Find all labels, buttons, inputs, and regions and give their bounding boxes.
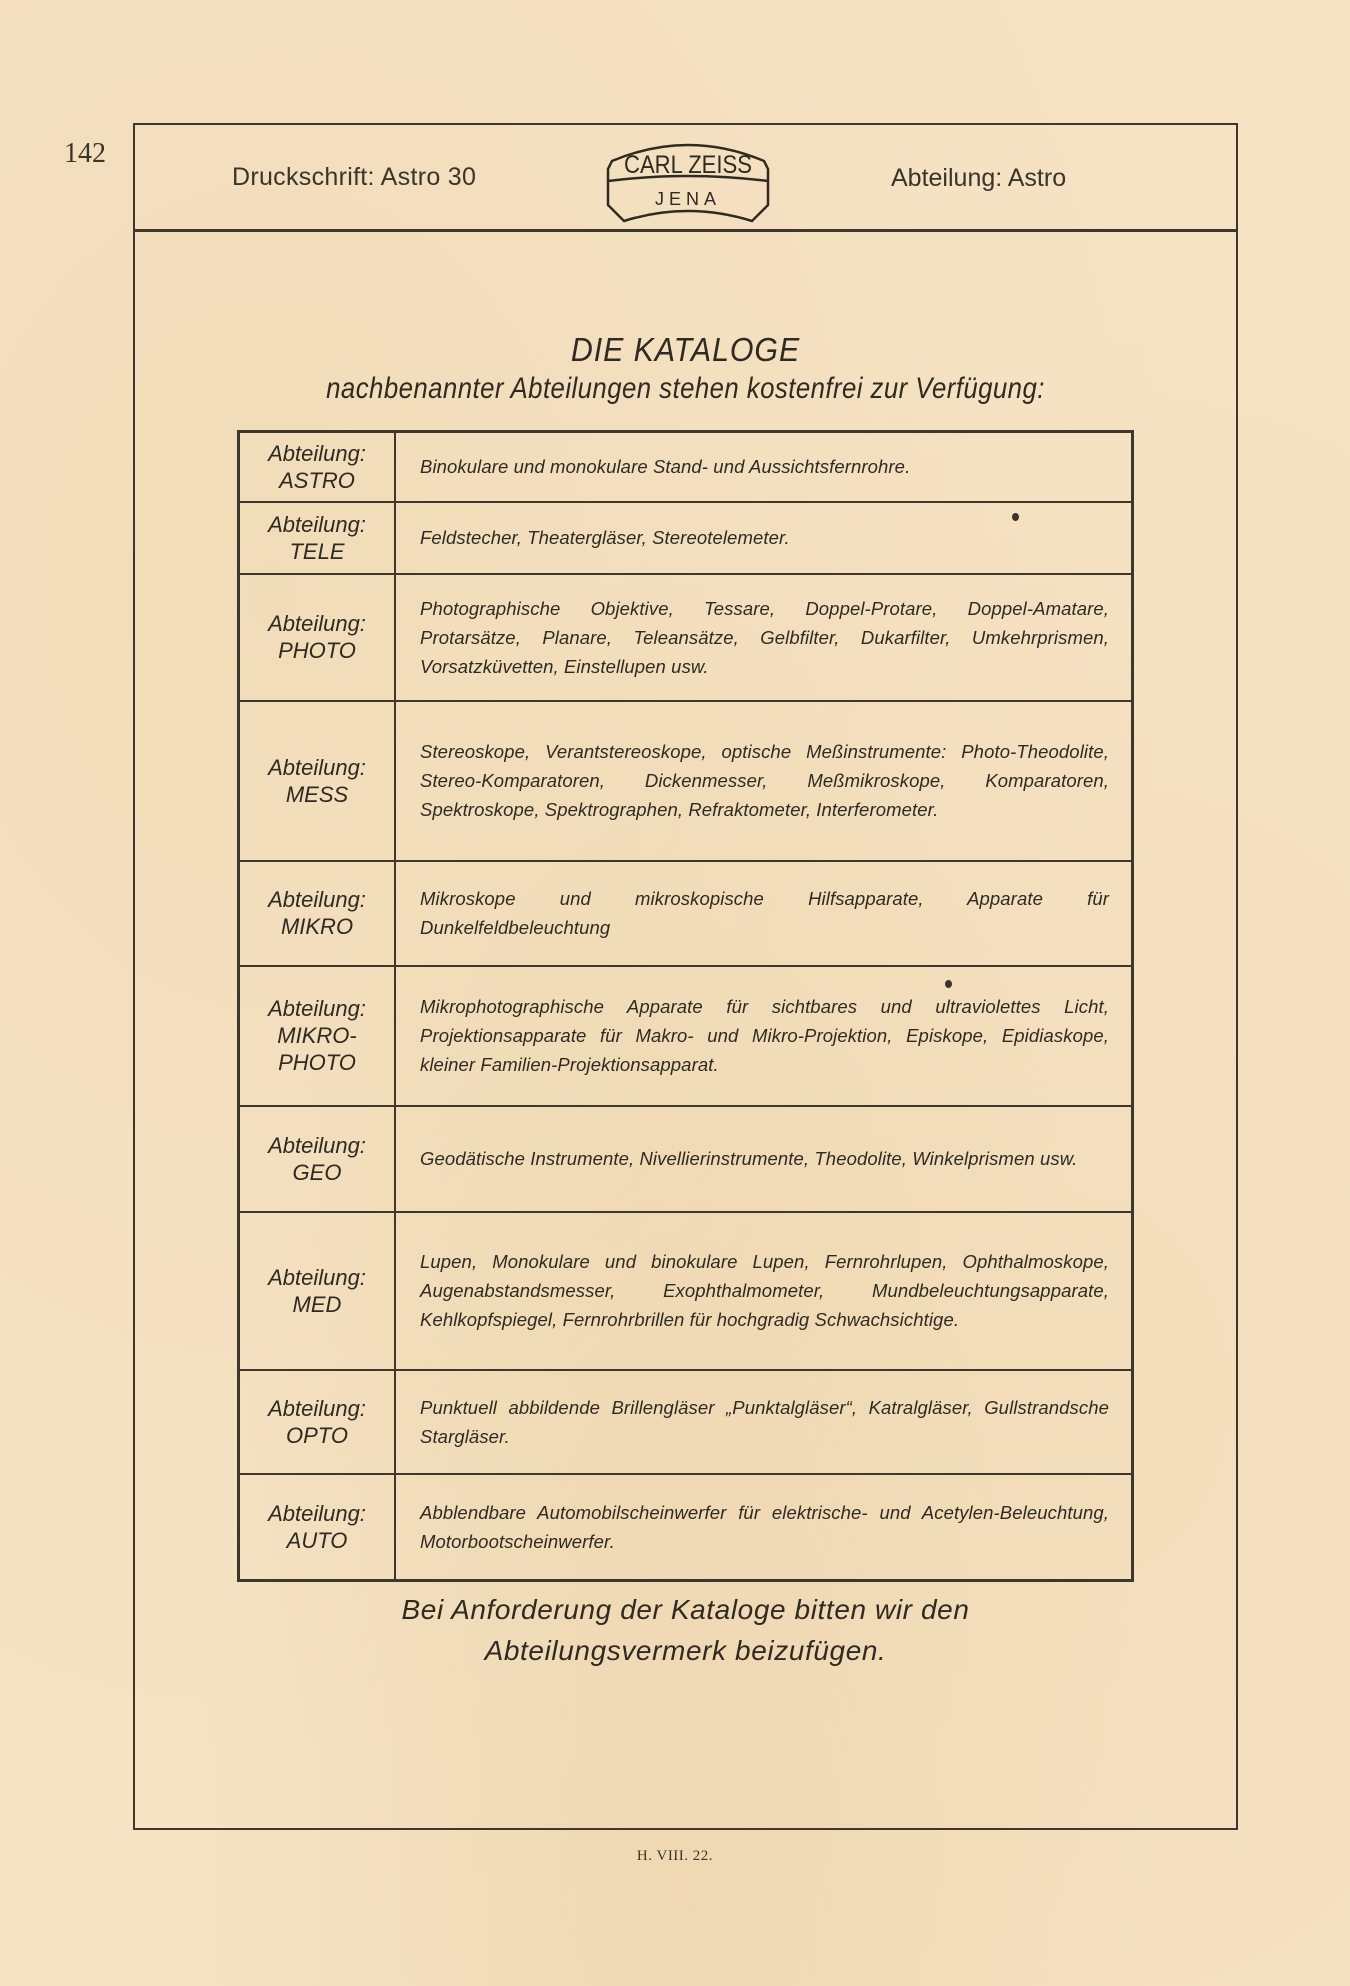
table-row: Abteilung:OPTOPunktuell abbildende Brill…: [239, 1370, 1133, 1474]
department-label: Abteilung:: [240, 440, 394, 467]
closing-line-2: Abteilungsvermerk beizufügen.: [135, 1630, 1236, 1671]
department-cell: Abteilung:OPTO: [239, 1370, 396, 1474]
catalog-description: Stereoskope, Verantstereoskope, optische…: [395, 701, 1133, 861]
department-name: MIKRO: [240, 913, 394, 940]
closing-line-1: Bei Anforderung der Kataloge bitten wir …: [135, 1589, 1236, 1630]
catalog-description: Mikrophotographische Apparate für sichtb…: [395, 966, 1133, 1106]
department-label: Abteilung:: [240, 995, 394, 1022]
department-cell: Abteilung:MESS: [239, 701, 396, 861]
department-label: Abteilung:: [240, 1395, 394, 1422]
catalog-description: Binokulare und monokulare Stand- und Aus…: [395, 432, 1133, 502]
department-label: Abteilung:: [240, 754, 394, 781]
table-row: Abteilung:TELEFeldstecher, Theatergläser…: [239, 502, 1133, 574]
department-name: TELE: [240, 538, 394, 565]
catalog-description: Punktuell abbildende Brillengläser „Punk…: [395, 1370, 1133, 1474]
table-row: Abteilung:MESSStereoskope, Verantstereos…: [239, 701, 1133, 861]
department-name: AUTO: [240, 1527, 394, 1554]
carl-zeiss-jena-logo-icon: CARL ZEISS JENA: [602, 135, 774, 225]
catalog-description: Geodätische Instrumente, Nivellierinstru…: [395, 1106, 1133, 1212]
svg-text:CARL ZEISS: CARL ZEISS: [624, 151, 752, 179]
department-cell: Abteilung:ASTRO: [239, 432, 396, 502]
department-name: ASTRO: [240, 467, 394, 494]
page-frame: Druckschrift: Astro 30 CARL ZEISS JENA A…: [133, 123, 1238, 1830]
footer-code: H. VIII. 22.: [0, 1848, 1350, 1865]
page-title: DIE KATALOGE: [179, 331, 1192, 369]
closing-note: Bei Anforderung der Kataloge bitten wir …: [135, 1589, 1236, 1671]
department-label: Abteilung:: [240, 1264, 394, 1291]
department-cell: Abteilung:PHOTO: [239, 574, 396, 701]
catalog-description: Feldstecher, Theatergläser, Stereoteleme…: [395, 502, 1133, 574]
ink-speck: [945, 980, 952, 988]
page-subtitle: nachbenannter Abteilungen stehen kostenf…: [212, 372, 1159, 406]
department-label: Abteilung:: [240, 1132, 394, 1159]
page-number: 142: [64, 138, 106, 170]
department-cell: Abteilung:MED: [239, 1212, 396, 1370]
department-label: Abteilung:: [240, 1500, 394, 1527]
department-name: MIKRO- PHOTO: [240, 1022, 394, 1076]
table-row: Abteilung:ASTROBinokulare und monokulare…: [239, 432, 1133, 502]
table-row: Abteilung:MIKRO- PHOTOMikrophotographisc…: [239, 966, 1133, 1106]
department-cell: Abteilung:AUTO: [239, 1474, 396, 1581]
department-cell: Abteilung:TELE: [239, 502, 396, 574]
catalog-description: Mikroskope und mikroskopische Hilfsappar…: [395, 861, 1133, 966]
page-header: Druckschrift: Astro 30 CARL ZEISS JENA A…: [135, 125, 1236, 232]
catalog-table: Abteilung:ASTROBinokulare und monokulare…: [237, 430, 1134, 1582]
catalog-description: Lupen, Monokulare und binokulare Lupen, …: [395, 1212, 1133, 1370]
catalog-description: Photographische Objektive, Tessare, Dopp…: [395, 574, 1133, 701]
department-name: PHOTO: [240, 637, 394, 664]
department-name: GEO: [240, 1159, 394, 1186]
department-name: OPTO: [240, 1422, 394, 1449]
table-row: Abteilung:AUTOAbblendbare Automobilschei…: [239, 1474, 1133, 1581]
department-name: MESS: [240, 781, 394, 808]
department-label: Abteilung:: [240, 511, 394, 538]
department-label: Abteilung:: [240, 610, 394, 637]
department-name: MED: [240, 1291, 394, 1318]
department-cell: Abteilung:MIKRO- PHOTO: [239, 966, 396, 1106]
table-row: Abteilung:PHOTOPhotographische Objektive…: [239, 574, 1133, 701]
table-row: Abteilung:MIKROMikroskope und mikroskopi…: [239, 861, 1133, 966]
catalog-description: Abblendbare Automobilscheinwerfer für el…: [395, 1474, 1133, 1581]
svg-text:JENA: JENA: [655, 189, 721, 209]
table-row: Abteilung:GEOGeodätische Instrumente, Ni…: [239, 1106, 1133, 1212]
department-label: Abteilung: Astro: [891, 164, 1066, 193]
department-cell: Abteilung:GEO: [239, 1106, 396, 1212]
department-label: Abteilung:: [240, 886, 394, 913]
publication-number: Druckschrift: Astro 30: [232, 163, 476, 192]
table-row: Abteilung:MEDLupen, Monokulare und binok…: [239, 1212, 1133, 1370]
department-cell: Abteilung:MIKRO: [239, 861, 396, 966]
ink-speck: [1012, 513, 1019, 521]
